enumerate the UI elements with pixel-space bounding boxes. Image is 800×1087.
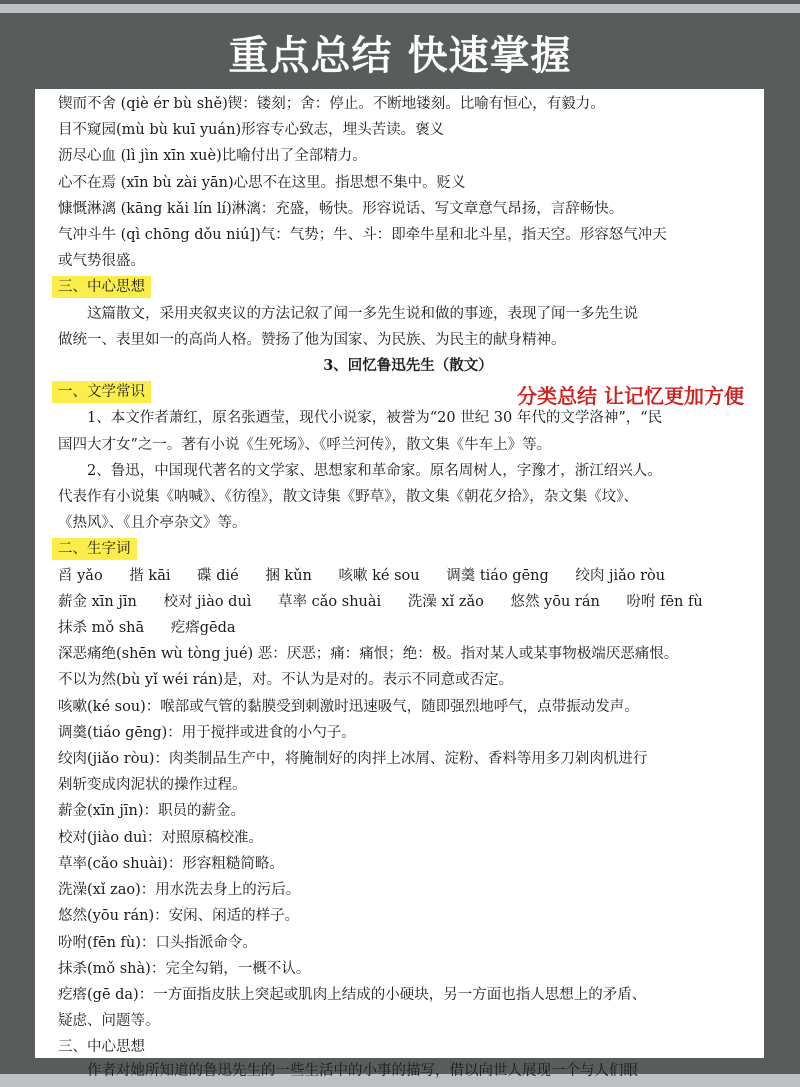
vocab-item: 疙瘩gēda xyxy=(171,620,236,636)
section-heading-literature: 一、文学常识 xyxy=(52,381,151,403)
definition-line: 绞肉(jiǎo ròu)：肉类制品生产中，将腌制好的肉拌上冰屑、淀粉、香料等用多… xyxy=(58,746,758,772)
idiom-line: 或气势很盛。 xyxy=(58,248,758,274)
definition-line: 疑虑、问题等。 xyxy=(58,1008,758,1034)
definition-line: 薪金(xīn jīn)：职员的薪金。 xyxy=(58,798,758,824)
definition-line: 疙瘩(gē da)：一方面指皮肤上突起或肌肉上结成的小硬块，另一方面也指人思想上… xyxy=(58,982,758,1008)
document-page: 锲而不舍 (qiè ér bù shě)锲：镂刻；舍：停止。不断地镂刻。比喻有恒… xyxy=(35,89,764,1058)
vocab-item: 绞肉 jiǎo ròu xyxy=(575,568,665,584)
vocab-item: 校对 jiào duì xyxy=(163,594,251,610)
paragraph-line: 做统一、表里如一的高尚人格。赞扬了他为国家、为民族、为民主的献身精神。 xyxy=(58,327,758,353)
vocab-item: 吩咐 fēn fù xyxy=(626,594,702,610)
vocab-item: 薪金 xīn jīn xyxy=(58,594,137,610)
vocab-item: 咳嗽 ké sou xyxy=(339,568,420,584)
vocab-row: 舀 yǎo 揩 kāi 碟 dié 捆 kǔn 咳嗽 ké sou 调羹 tiá… xyxy=(58,563,758,589)
promo-caption: 分类总结 让记忆更加方便 xyxy=(517,380,744,409)
section-heading-theme-2: 三、中心思想 xyxy=(58,1034,758,1058)
paragraph-line: 1、本文作者萧红，原名张迺莹，现代小说家，被誉为“20 世纪 30 年代的文学洛… xyxy=(58,405,758,431)
idiom-line: 锲而不舍 (qiè ér bù shě)锲：镂刻；舍：停止。不断地镂刻。比喻有恒… xyxy=(58,91,758,117)
idiom-line: 心不在焉 (xīn bù zài yān)心思不在这里。指思想不集中。贬义 xyxy=(58,170,758,196)
definition-line: 咳嗽(ké sou)：喉部或气管的黏膜受到刺激时迅速吸气，随即强烈地呼气，点带振… xyxy=(58,694,758,720)
idiom-line: 沥尽心血 (lì jìn xīn xuè)比喻付出了全部精力。 xyxy=(58,143,758,169)
vocab-item: 调羹 tiáo gēng xyxy=(446,568,549,584)
top-band xyxy=(0,4,800,13)
paragraph-line: 2、鲁迅，中国现代著名的文学家、思想家和革命家。原名周树人，字豫才，浙江绍兴人。 xyxy=(58,458,758,484)
paragraph-line: 《热风》、《且介亭杂文》等。 xyxy=(58,510,758,536)
vocab-item: 碟 dié xyxy=(197,568,239,584)
idiom-line: 气冲斗牛 (qì chōng dǒu niú])气：气势；牛、斗：即牵牛星和北斗… xyxy=(58,222,758,248)
definition-line: 洗澡(xǐ zao)：用水洗去身上的污后。 xyxy=(58,877,758,903)
definition-line: 吩咐(fēn fù)：口头指派命令。 xyxy=(58,930,758,956)
definition-line: 草率(cǎo shuài)：形容粗糙简略。 xyxy=(58,851,758,877)
paragraph-line: 国四大才女”之一。著有小说《生死场》、《呼兰河传》，散文集《牛车上》等。 xyxy=(58,432,758,458)
idiom-line: 目不窥园(mù bù kuī yuán)形容专心致志，埋头苦读。褒义 xyxy=(58,117,758,143)
definition-line: 剁斩变成肉泥状的操作过程。 xyxy=(58,772,758,798)
chapter-title: 3、回忆鲁迅先生（散文） xyxy=(58,353,758,379)
vocab-row: 薪金 xīn jīn 校对 jiào duì 草率 cǎo shuài 洗澡 x… xyxy=(58,589,758,615)
document-content: 锲而不舍 (qiè ér bù shě)锲：镂刻；舍：停止。不断地镂刻。比喻有恒… xyxy=(58,91,758,1058)
idiom-line: 慷慨淋漓 (kāng kǎi lín lí)淋漓：充盛，畅快。形容说话、写文章意… xyxy=(58,196,758,222)
vocab-item: 草率 cǎo shuài xyxy=(278,594,381,610)
definition-line: 调羹(tiáo gēng)：用于搅拌或进食的小勺子。 xyxy=(58,720,758,746)
section-heading-vocab: 二、生字词 xyxy=(52,538,137,560)
vocab-item: 捆 kǔn xyxy=(265,568,312,584)
vocab-row: 抹杀 mǒ shā 疙瘩gēda xyxy=(58,615,758,641)
vocab-item: 揩 kāi xyxy=(129,568,170,584)
definition-line: 抹杀(mǒ shà)：完全勾销，一概不认。 xyxy=(58,956,758,982)
definition-line: 校对(jiào duì：对照原稿校准。 xyxy=(58,825,758,851)
vocab-item: 洗澡 xǐ zǎo xyxy=(408,594,484,610)
vocab-item: 抹杀 mǒ shā xyxy=(58,620,144,636)
banner-title: 重点总结 快速掌握 xyxy=(0,28,800,84)
paragraph-line: 代表作有小说集《呐喊》、《彷徨》，散文诗集《野草》，散文集《朝花夕拾》，杂文集《… xyxy=(58,484,758,510)
paragraph-line-cutoff: 作者对她所知道的鲁迅先生的一些生活中的小事的描写，借以向世人展现一个与人们眼 xyxy=(58,1061,800,1081)
definition-line: 深恶痛绝(shēn wù tòng jué) 恶：厌恶；痛：痛恨；绝：极。指对某… xyxy=(58,641,758,667)
definition-line: 悠然(yōu rán)：安闲、闲适的样子。 xyxy=(58,903,758,929)
vocab-item: 悠然 yōu rán xyxy=(510,594,599,610)
vocab-item: 舀 yǎo xyxy=(58,568,103,584)
section-heading-theme: 三、中心思想 xyxy=(52,276,151,298)
paragraph-line: 这篇散文，采用夹叙夹议的方法记叙了闻一多先生说和做的事迹，表现了闻一多先生说 xyxy=(58,301,758,327)
definition-line: 不以为然(bù yǐ wéi rán)是，对。不认为是对的。表示不同意或否定。 xyxy=(58,667,758,693)
